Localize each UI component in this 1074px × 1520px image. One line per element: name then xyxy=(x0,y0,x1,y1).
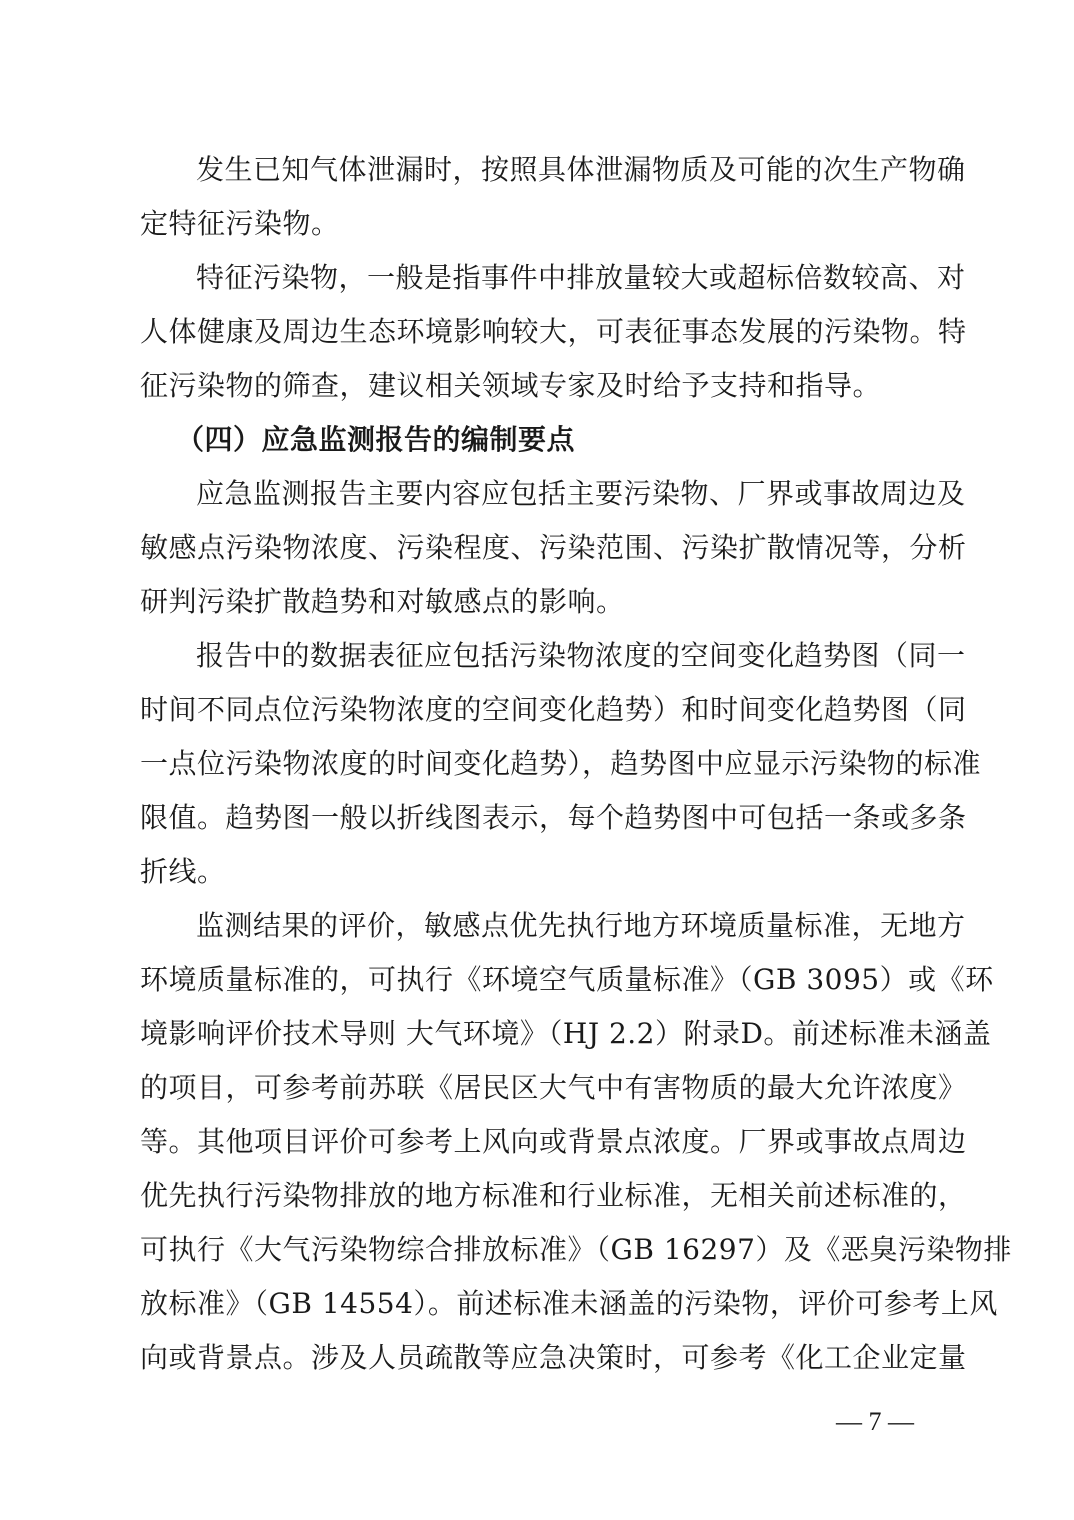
paragraph-5-line-7: 可执行《大气污染物综合排放标准》（GB 16297）及《恶臭污染物排 xyxy=(140,1232,940,1268)
paragraph-4-line-5: 折线。 xyxy=(140,854,940,890)
page-number: — 7 — xyxy=(836,1407,914,1437)
paragraph-5-line-8: 放标准》（GB 14554）。前述标准未涵盖的污染物，评价可参考上风 xyxy=(140,1286,940,1322)
paragraph-4-line-2: 时间不同点位污染物浓度的空间变化趋势）和时间变化趋势图（同 xyxy=(140,692,940,728)
document-page: 发生已知气体泄漏时，按照具体泄漏物质及可能的次生产物确 定特征污染物。 特征污染… xyxy=(0,0,1074,1520)
paragraph-1-line-2: 定特征污染物。 xyxy=(140,206,940,242)
paragraph-2-line-3: 征污染物的筛查，建议相关领域专家及时给予支持和指导。 xyxy=(140,368,940,404)
paragraph-5-line-9: 向或背景点。涉及人员疏散等应急决策时，可参考《化工企业定量 xyxy=(140,1340,940,1376)
paragraph-3-line-1: 应急监测报告主要内容应包括主要污染物、厂界或事故周边及 xyxy=(196,476,940,512)
paragraph-2-line-1: 特征污染物，一般是指事件中排放量较大或超标倍数较高、对 xyxy=(196,260,940,296)
paragraph-4-line-4: 限值。趋势图一般以折线图表示，每个趋势图中可包括一条或多条 xyxy=(140,800,940,836)
paragraph-3-line-2: 敏感点污染物浓度、污染程度、污染范围、污染扩散情况等，分析 xyxy=(140,530,940,566)
paragraph-5-line-4: 的项目，可参考前苏联《居民区大气中有害物质的最大允许浓度》 xyxy=(140,1070,940,1106)
paragraph-3-line-3: 研判污染扩散趋势和对敏感点的影响。 xyxy=(140,584,940,620)
paragraph-5-line-1: 监测结果的评价，敏感点优先执行地方环境质量标准，无地方 xyxy=(196,908,940,944)
paragraph-4-line-3: 一点位污染物浓度的时间变化趋势），趋势图中应显示污染物的标准 xyxy=(140,746,940,782)
section-heading: （四）应急监测报告的编制要点 xyxy=(176,422,920,458)
paragraph-5-line-2: 环境质量标准的，可执行《环境空气质量标准》（GB 3095）或《环 xyxy=(140,962,940,998)
paragraph-1-line-1: 发生已知气体泄漏时，按照具体泄漏物质及可能的次生产物确 xyxy=(196,152,940,188)
paragraph-2-line-2: 人体健康及周边生态环境影响较大，可表征事态发展的污染物。特 xyxy=(140,314,940,350)
paragraph-5-line-6: 优先执行污染物排放的地方标准和行业标准，无相关前述标准的， xyxy=(140,1178,940,1214)
paragraph-4-line-1: 报告中的数据表征应包括污染物浓度的空间变化趋势图（同一 xyxy=(196,638,940,674)
paragraph-5-line-5: 等。其他项目评价可参考上风向或背景点浓度。厂界或事故点周边 xyxy=(140,1124,940,1160)
paragraph-5-line-3: 境影响评价技术导则 大气环境》（HJ 2.2）附录D。前述标准未涵盖 xyxy=(140,1016,940,1052)
